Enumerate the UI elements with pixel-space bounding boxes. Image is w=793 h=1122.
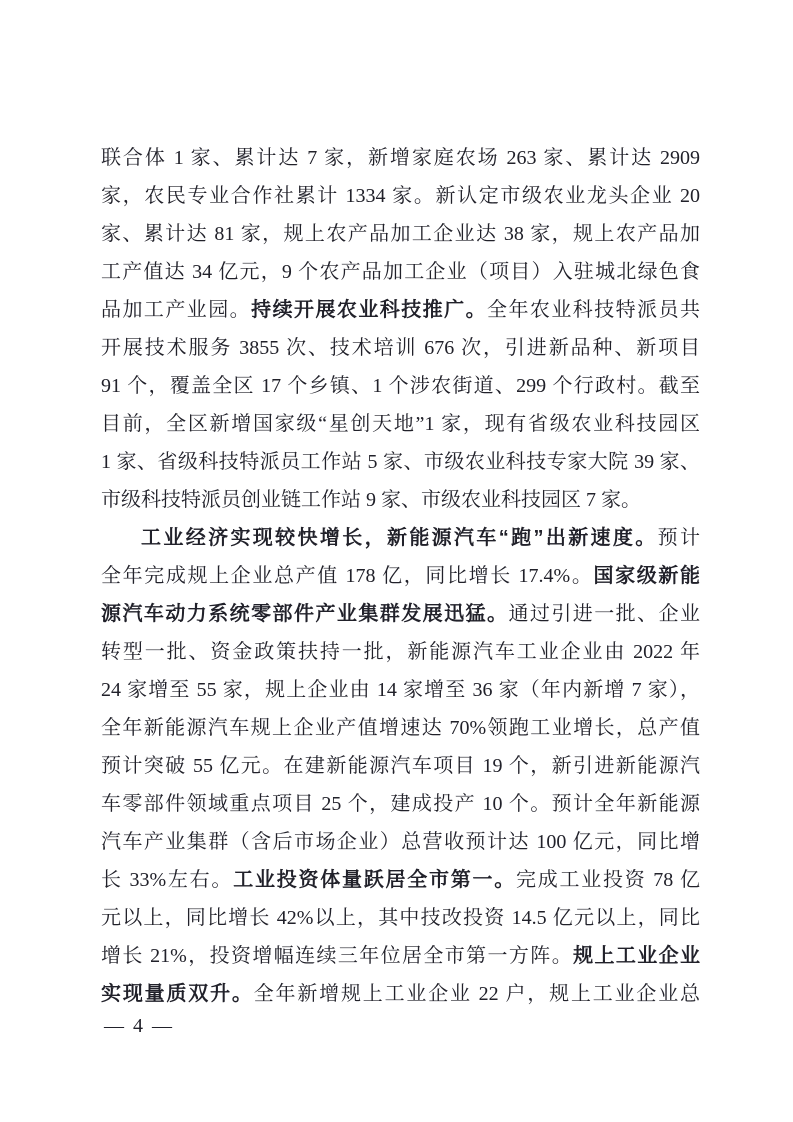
body-text-segment: 工产值达 34 亿元，9 个农产品加工企业（项目）入驻城北绿色食	[101, 261, 700, 283]
emphasis-text: 工业投资体量跃居全市第一。	[233, 869, 516, 891]
text-line: 全年新能源汽车规上企业产值增速达 70%领跑工业增长，总产值	[101, 709, 700, 747]
text-line: 实现量质双升。全年新增规上工业企业 22 户，规上工业企业总	[101, 975, 700, 1013]
body-text-segment: 目前，全区新增国家级“星创天地”1 家，现有省级农业科技园区	[101, 413, 700, 435]
emphasis-text: 规上工业企业	[573, 945, 700, 967]
text-line: 工产值达 34 亿元，9 个农产品加工企业（项目）入驻城北绿色食	[101, 253, 700, 291]
text-line: 家、累计达 81 家，规上农产品加工企业达 38 家，规上农产品加	[101, 215, 700, 253]
body-text-segment: 24 家增至 55 家，规上企业由 14 家增至 36 家（年内新增 7 家），	[101, 679, 700, 701]
text-line: 1 家、省级科技特派员工作站 5 家、市级农业科技专家大院 39 家、	[101, 443, 700, 481]
body-text-segment: 预计	[658, 527, 700, 549]
text-line: 品加工产业园。持续开展农业科技推广。全年农业科技特派员共	[101, 291, 700, 329]
emphasis-text: 实现量质双升。	[101, 983, 254, 1005]
text-line: 市级科技特派员创业链工作站 9 家、市级农业科技园区 7 家。	[101, 481, 700, 519]
body-text-segment: 汽车产业集群（含后市场企业）总营收预计达 100 亿元，同比增	[101, 831, 700, 853]
body-text-segment: 家，农民专业合作社累计 1334 家。新认定市级农业龙头企业 20	[101, 185, 700, 207]
body-text-segment: 品加工产业园。	[101, 299, 251, 321]
body-text-segment: 开展技术服务 3855 次、技术培训 676 次，引进新品种、新项目	[101, 337, 700, 359]
body-text-segment: 市级科技特派员创业链工作站 9 家、市级农业科技园区 7 家。	[101, 489, 641, 511]
body-text-segment: 全年新能源汽车规上企业产值增速达 70%领跑工业增长，总产值	[101, 717, 700, 739]
body-text-segment: 91 个，覆盖全区 17 个乡镇、1 个涉农街道、299 个行政村。截至	[101, 375, 700, 397]
emphasis-text: 源汽车动力系统零部件产业集群发展迅猛。	[101, 603, 508, 625]
body-text: 联合体 1 家、累计达 7 家，新增家庭农场 263 家、累计达 2909家，农…	[101, 139, 700, 1013]
text-line: 开展技术服务 3855 次、技术培训 676 次，引进新品种、新项目	[101, 329, 700, 367]
body-text-segment: 长 33%左右。	[101, 869, 233, 891]
body-text-segment: 通过引进一批、企业	[508, 603, 700, 625]
text-line: 车零部件领域重点项目 25 个，建成投产 10 个。预计全年新能源	[101, 785, 700, 823]
body-text-segment: 完成工业投资 78 亿	[516, 869, 700, 891]
body-text-segment: 元以上，同比增长 42%以上，其中技改投资 14.5 亿元以上，同比	[101, 907, 700, 929]
body-text-segment: 1 家、省级科技特派员工作站 5 家、市级农业科技专家大院 39 家、	[101, 451, 700, 473]
body-text-segment: 增长 21%，投资增幅连续三年位居全市第一方阵。	[101, 945, 573, 967]
body-text-segment: 转型一批、资金政策扶持一批，新能源汽车工业企业由 2022 年	[101, 641, 700, 663]
text-line: 家，农民专业合作社累计 1334 家。新认定市级农业龙头企业 20	[101, 177, 700, 215]
page-number: — 4 —	[104, 1013, 174, 1039]
body-text-segment: 预计突破 55 亿元。在建新能源汽车项目 19 个，新引进新能源汽	[101, 755, 700, 777]
body-text-segment: 家、累计达 81 家，规上农产品加工企业达 38 家，规上农产品加	[101, 223, 700, 245]
body-text-segment: 全年农业科技特派员共	[487, 299, 700, 321]
body-text-segment: 全年完成规上企业总产值 178 亿，同比增长 17.4%。	[101, 565, 593, 587]
text-line: 转型一批、资金政策扶持一批，新能源汽车工业企业由 2022 年	[101, 633, 700, 671]
text-line: 增长 21%，投资增幅连续三年位居全市第一方阵。规上工业企业	[101, 937, 700, 975]
text-line: 长 33%左右。工业投资体量跃居全市第一。完成工业投资 78 亿	[101, 861, 700, 899]
text-line: 源汽车动力系统零部件产业集群发展迅猛。通过引进一批、企业	[101, 595, 700, 633]
document-page: 联合体 1 家、累计达 7 家，新增家庭农场 263 家、累计达 2909家，农…	[0, 0, 793, 1122]
text-line: 元以上，同比增长 42%以上，其中技改投资 14.5 亿元以上，同比	[101, 899, 700, 937]
text-line: 预计突破 55 亿元。在建新能源汽车项目 19 个，新引进新能源汽	[101, 747, 700, 785]
body-text-segment: 联合体 1 家、累计达 7 家，新增家庭农场 263 家、累计达 2909	[101, 147, 700, 169]
text-line: 目前，全区新增国家级“星创天地”1 家，现有省级农业科技园区	[101, 405, 700, 443]
text-line: 24 家增至 55 家，规上企业由 14 家增至 36 家（年内新增 7 家），	[101, 671, 700, 709]
text-line: 91 个，覆盖全区 17 个乡镇、1 个涉农街道、299 个行政村。截至	[101, 367, 700, 405]
text-line: 工业经济实现较快增长，新能源汽车“跑”出新速度。预计	[101, 519, 700, 557]
text-line: 汽车产业集群（含后市场企业）总营收预计达 100 亿元，同比增	[101, 823, 700, 861]
emphasis-text: 持续开展农业科技推广。	[251, 299, 487, 321]
text-line: 联合体 1 家、累计达 7 家，新增家庭农场 263 家、累计达 2909	[101, 139, 700, 177]
text-line: 全年完成规上企业总产值 178 亿，同比增长 17.4%。国家级新能	[101, 557, 700, 595]
body-text-segment: 车零部件领域重点项目 25 个，建成投产 10 个。预计全年新能源	[101, 793, 700, 815]
emphasis-text: 工业经济实现较快增长，新能源汽车“跑”出新速度。	[141, 527, 658, 549]
emphasis-text: 国家级新能	[593, 565, 700, 587]
body-text-segment: 全年新增规上工业企业 22 户，规上工业企业总	[254, 983, 700, 1005]
